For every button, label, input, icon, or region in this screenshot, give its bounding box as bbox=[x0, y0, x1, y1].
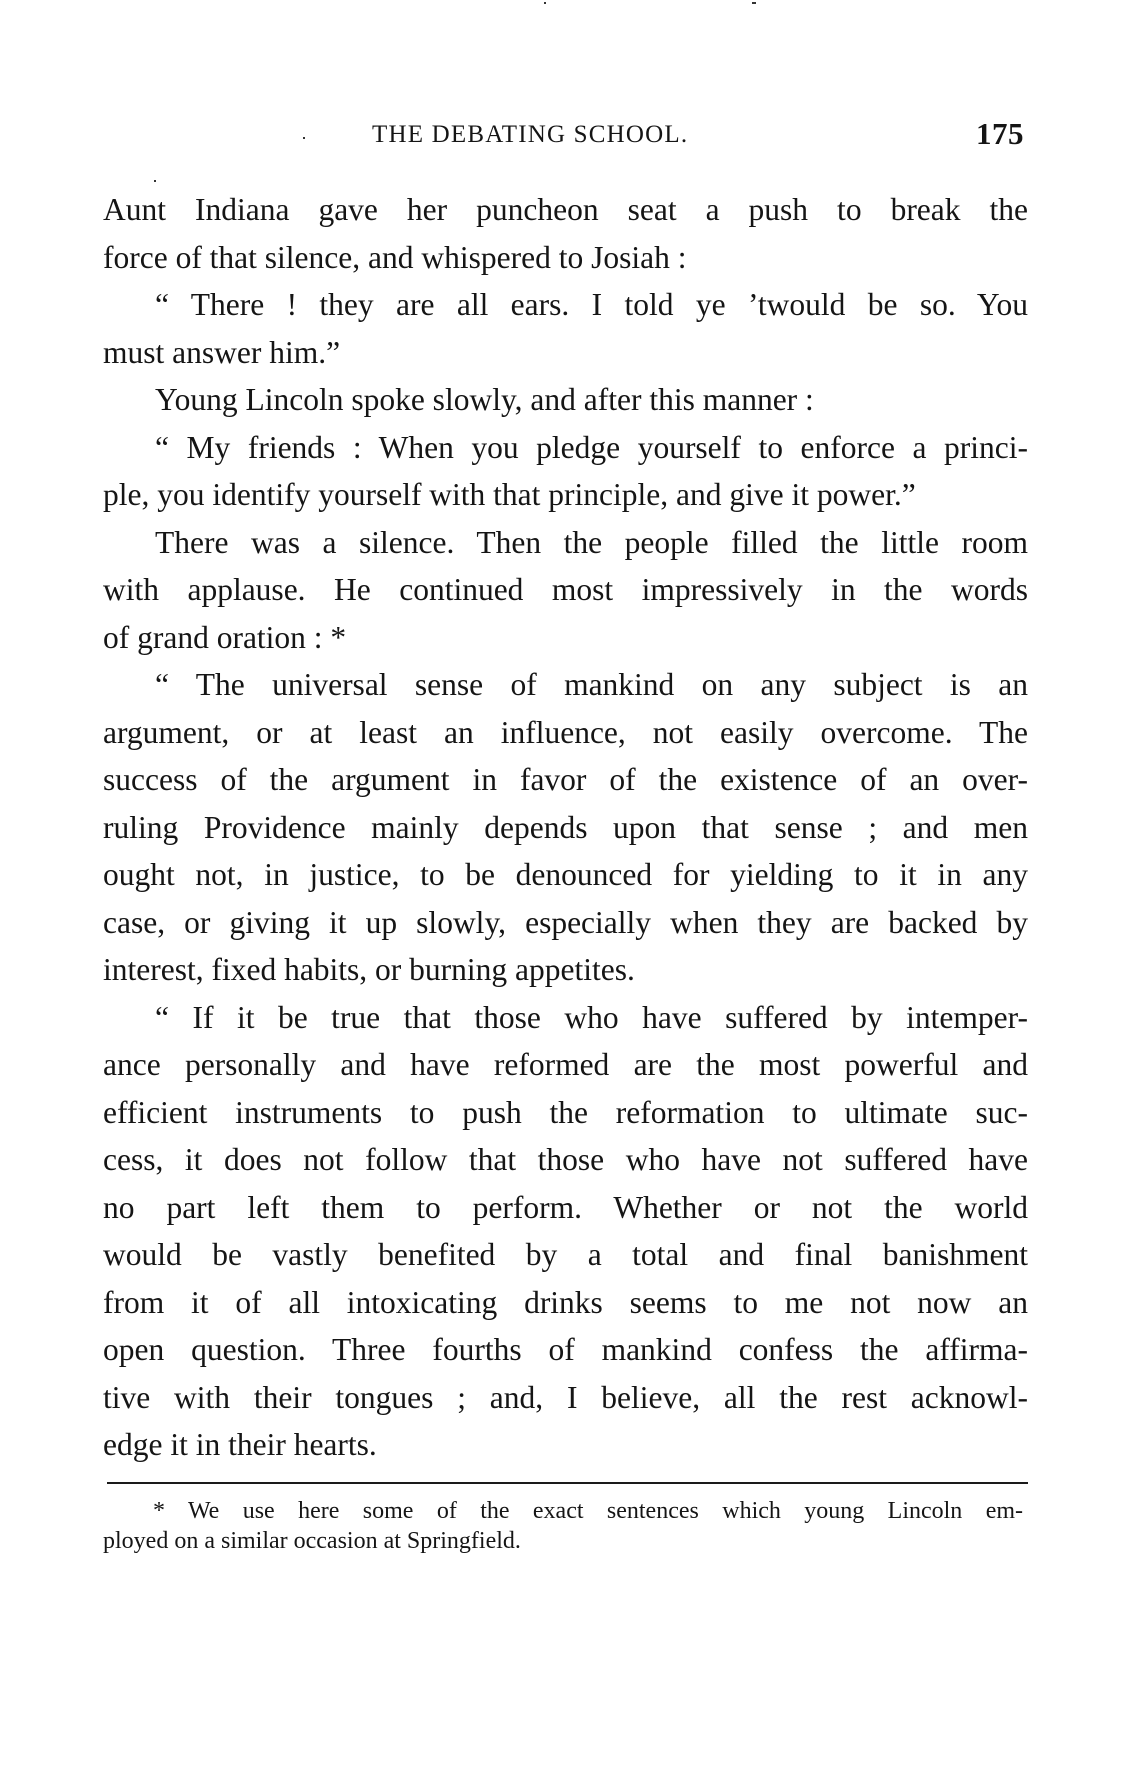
text-line: “ There ! they are all ears. I told ye ’… bbox=[155, 285, 1028, 333]
text-line: ple, you identify yourself with that pri… bbox=[103, 475, 1028, 523]
scan-speck bbox=[154, 180, 156, 182]
text-line: ance personally and have reformed are th… bbox=[103, 1045, 1028, 1093]
footnote-line: ployed on a similar occasion at Springfi… bbox=[103, 1526, 1023, 1556]
text-line: interest, fixed habits, or burning appet… bbox=[103, 950, 1028, 998]
book-page: THE DEBATING SCHOOL. 175 Aunt Indiana ga… bbox=[0, 0, 1147, 1776]
text-line: “ If it be true that those who have suff… bbox=[155, 998, 1028, 1046]
scan-speck bbox=[752, 2, 756, 4]
scan-speck bbox=[544, 2, 546, 4]
page-number: 175 bbox=[976, 117, 1024, 151]
text-line: cess, it does not follow that those who … bbox=[103, 1140, 1028, 1188]
footnote-rule bbox=[107, 1482, 1028, 1484]
text-line: success of the argument in favor of the … bbox=[103, 760, 1028, 808]
text-line: of grand oration : * bbox=[103, 618, 1028, 666]
text-line: force of that silence, and whispered to … bbox=[103, 238, 1028, 286]
text-line: efficient instruments to push the reform… bbox=[103, 1093, 1028, 1141]
text-line: There was a silence. Then the people fil… bbox=[155, 523, 1028, 571]
text-line: argument, or at least an influence, not … bbox=[103, 713, 1028, 761]
text-line: tive with their tongues ; and, I believe… bbox=[103, 1378, 1028, 1426]
footnote-line: * We use here some of the exact sentence… bbox=[153, 1496, 1023, 1526]
text-line: open question. Three fourths of mankind … bbox=[103, 1330, 1028, 1378]
text-line: case, or giving it up slowly, especially… bbox=[103, 903, 1028, 951]
text-line: edge it in their hearts. bbox=[103, 1425, 1028, 1473]
text-line: no part left them to perform. Whether or… bbox=[103, 1188, 1028, 1236]
text-line: with applause. He continued most impress… bbox=[103, 570, 1028, 618]
text-line: must answer him.” bbox=[103, 333, 1028, 381]
text-line: Aunt Indiana gave her puncheon seat a pu… bbox=[103, 190, 1028, 238]
text-line: ruling Providence mainly depends upon th… bbox=[103, 808, 1028, 856]
running-head-title: THE DEBATING SCHOOL. bbox=[372, 120, 688, 150]
text-line: Young Lincoln spoke slowly, and after th… bbox=[155, 380, 1028, 428]
text-line: from it of all intoxicating drinks seems… bbox=[103, 1283, 1028, 1331]
text-line: “ The universal sense of mankind on any … bbox=[155, 665, 1028, 713]
text-line: ought not, in justice, to be denounced f… bbox=[103, 855, 1028, 903]
scan-speck bbox=[303, 137, 305, 139]
text-line: “ My friends : When you pledge yourself … bbox=[155, 428, 1028, 476]
text-line: would be vastly benefited by a total and… bbox=[103, 1235, 1028, 1283]
